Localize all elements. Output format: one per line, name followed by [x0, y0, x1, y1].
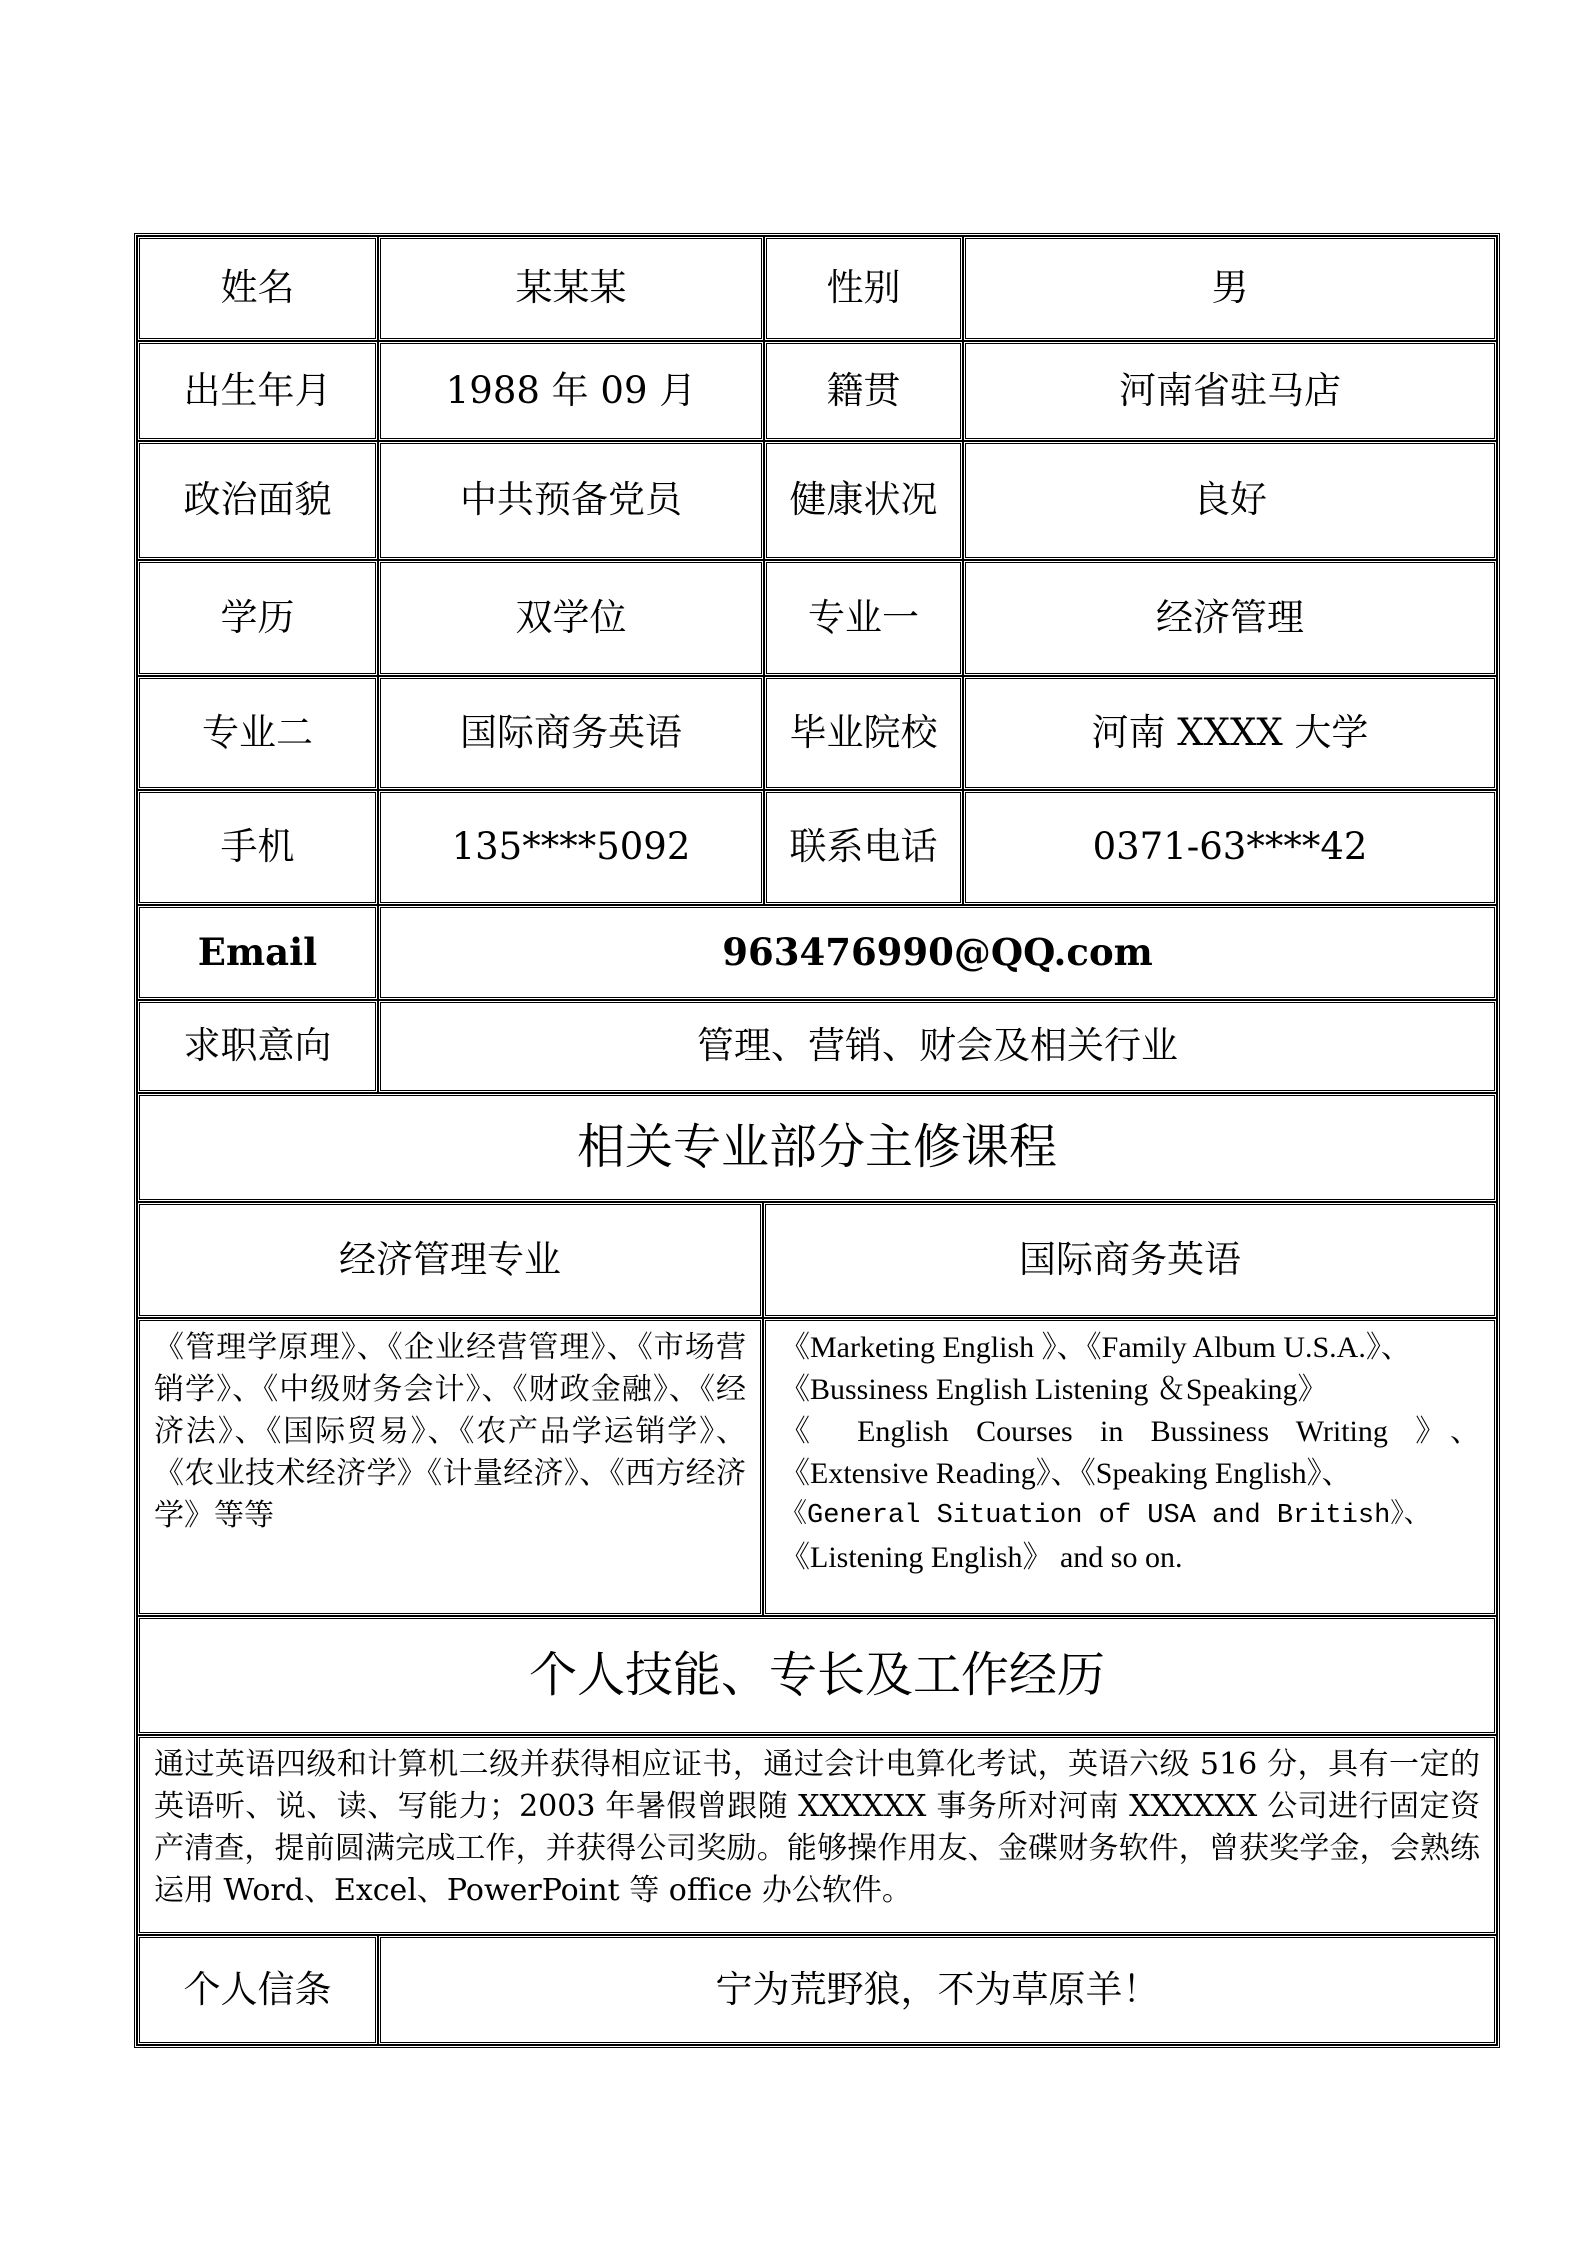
english-course-line: 《General Situation of USA and British》、: [780, 1495, 1480, 1537]
row-education-major1: 学历 双学位 专业一 经济管理: [137, 560, 1497, 676]
education-value: 双学位: [378, 560, 764, 676]
row-political-health: 政治面貌 中共预备党员 健康状况 良好: [137, 441, 1497, 560]
row-major2-school: 专业二 国际商务英语 毕业院校 河南 XXXX 大学: [137, 676, 1497, 790]
row-courses-body: 《管理学原理》、《企业经营管理》、《市场营销学》、《中级财务会计》、《财政金融》…: [137, 1318, 1497, 1616]
courses-col1-text: 《管理学原理》、《企业经营管理》、《市场营销学》、《中级财务会计》、《财政金融》…: [137, 1318, 763, 1616]
name-label: 姓名: [137, 236, 378, 341]
gender-value: 男: [963, 236, 1497, 341]
row-skills-heading: 个人技能、专长及工作经历: [137, 1616, 1497, 1735]
name-value: 某某某: [378, 236, 764, 341]
row-mobile-phone: 手机 135****5092 联系电话 0371-63****42: [137, 790, 1497, 905]
courses-col2-text: 《Marketing English 》、《Family Album U.S.A…: [763, 1318, 1497, 1616]
english-course-line: 《Listening English》 and so on.: [780, 1537, 1480, 1579]
resume-page: 姓名 某某某 性别 男 出生年月 1988 年 09 月 籍贯 河南省驻马店 政…: [0, 0, 1587, 2245]
health-label: 健康状况: [764, 441, 963, 560]
motto-label: 个人信条: [137, 1935, 378, 2045]
email-label: Email: [137, 905, 378, 1000]
email-value[interactable]: 963476990@QQ.com: [378, 905, 1497, 1000]
education-label: 学历: [137, 560, 378, 676]
row-motto: 个人信条 宁为荒野狼，不为草原羊！: [137, 1935, 1497, 2045]
row-courses-subheading: 经济管理专业 国际商务英语: [137, 1202, 1497, 1318]
row-skills-body: 通过英语四级和计算机二级并获得相应证书，通过会计电算化考试，英语六级 516 分…: [137, 1735, 1497, 1935]
birth-label: 出生年月: [137, 341, 378, 441]
courses-col1-heading: 经济管理专业: [137, 1202, 763, 1318]
phone-value: 0371-63****42: [963, 790, 1497, 905]
row-name-gender: 姓名 某某某 性别 男: [137, 236, 1497, 341]
resume-table: 姓名 某某某 性别 男 出生年月 1988 年 09 月 籍贯 河南省驻马店 政…: [134, 233, 1500, 2048]
mobile-label: 手机: [137, 790, 378, 905]
row-birth-hometown: 出生年月 1988 年 09 月 籍贯 河南省驻马店: [137, 341, 1497, 441]
major1-value: 经济管理: [963, 560, 1497, 676]
political-label: 政治面貌: [137, 441, 378, 560]
english-course-line: 《Marketing English 》、《Family Album U.S.A…: [780, 1327, 1480, 1369]
hometown-label: 籍贯: [764, 341, 963, 441]
row-email: Email 963476990@QQ.com: [137, 905, 1497, 1000]
major2-label: 专业二: [137, 676, 378, 790]
english-course-line: 《 English Courses in Bussiness Writing 》…: [780, 1411, 1480, 1453]
phone-label: 联系电话: [764, 790, 963, 905]
economics-course-list: 《管理学原理》、《企业经营管理》、《市场营销学》、《中级财务会计》、《财政金融》…: [154, 1327, 746, 1537]
school-value: 河南 XXXX 大学: [963, 676, 1497, 790]
birth-value: 1988 年 09 月: [378, 341, 764, 441]
major2-value: 国际商务英语: [378, 676, 764, 790]
english-course-line: 《Bussiness English Listening ＆Speaking》: [780, 1369, 1480, 1411]
hometown-value: 河南省驻马店: [963, 341, 1497, 441]
motto-value: 宁为荒野狼，不为草原羊！: [378, 1935, 1497, 2045]
health-value: 良好: [963, 441, 1497, 560]
skills-heading: 个人技能、专长及工作经历: [137, 1616, 1497, 1735]
school-label: 毕业院校: [764, 676, 963, 790]
political-value: 中共预备党员: [378, 441, 764, 560]
courses-heading: 相关专业部分主修课程: [137, 1093, 1497, 1202]
skills-text: 通过英语四级和计算机二级并获得相应证书，通过会计电算化考试，英语六级 516 分…: [137, 1735, 1497, 1935]
row-objective: 求职意向 管理、营销、财会及相关行业: [137, 1000, 1497, 1093]
english-course-line: 《Extensive Reading》、《Speaking English》、: [780, 1453, 1480, 1495]
courses-col2-heading: 国际商务英语: [763, 1202, 1497, 1318]
row-courses-heading: 相关专业部分主修课程: [137, 1093, 1497, 1202]
major1-label: 专业一: [764, 560, 963, 676]
gender-label: 性别: [764, 236, 963, 341]
objective-label: 求职意向: [137, 1000, 378, 1093]
objective-value: 管理、营销、财会及相关行业: [378, 1000, 1497, 1093]
mobile-value: 135****5092: [378, 790, 764, 905]
